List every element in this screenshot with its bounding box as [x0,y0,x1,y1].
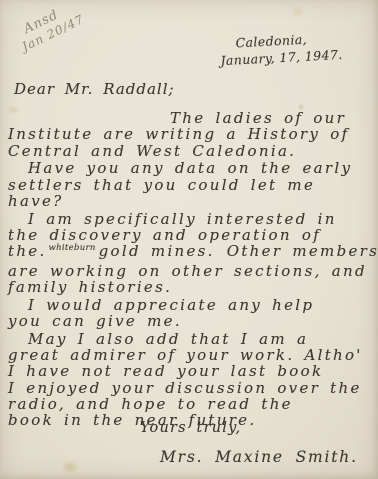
letter-line: great admirer of your work. Altho' [8,347,378,363]
letter-line: Institute are writing a History of [8,126,378,142]
letter-page: Ansd Jan 20/47 Caledonia, January, 17, 1… [0,0,378,479]
paragraph-request: Have you any data on the early settlers … [8,160,378,209]
text-sentence-start: Other members [227,242,378,260]
text-after-insertion: gold mines. [99,242,215,260]
letter-line: The ladies of our [8,110,378,126]
letter-line: I would appreciate any help [8,297,378,313]
letter-line: I have not read your last book [8,363,378,379]
paragraph-admirer: May I also add that I am a great admirer… [8,331,378,429]
signature: Mrs. Maxine Smith. [160,448,358,466]
letter-line: you can give me. [8,313,378,329]
letter-line: I am specifically interested in [8,211,378,227]
paragraph-introduction: The ladies of our Institute are writing … [8,110,378,159]
letter-line: Have you any data on the early [8,160,378,176]
letter-line: radio, and hope to read the [8,396,378,412]
letter-line: I enjoyed your discussion over the [8,380,378,396]
letter-heading: Caledonia, January, 17, 1947. [219,29,343,69]
letter-line: are working on other sections, and [8,263,378,279]
letter-line: settlers that you could let me [8,177,378,193]
inserted-word-whiteburn: whiteburn [49,240,96,256]
letter-line-with-insertion: the.whiteburngold mines.Other members [8,243,378,262]
letter-line: Central and West Caledonia. [8,143,378,159]
paragraph-gold-mines: I am specifically interested in the disc… [8,211,378,295]
text-before-insertion: the. [8,242,47,260]
salutation: Dear Mr. Raddall; [14,80,175,98]
letter-line: have? [8,193,378,209]
letter-line: May I also add that I am a [8,331,378,347]
closing: Yours truly, [140,420,241,436]
paragraph-appreciation: I would appreciate any help you can give… [8,297,378,330]
letter-line: family histories. [8,279,378,295]
letter-body: The ladies of our Institute are writing … [8,110,378,430]
